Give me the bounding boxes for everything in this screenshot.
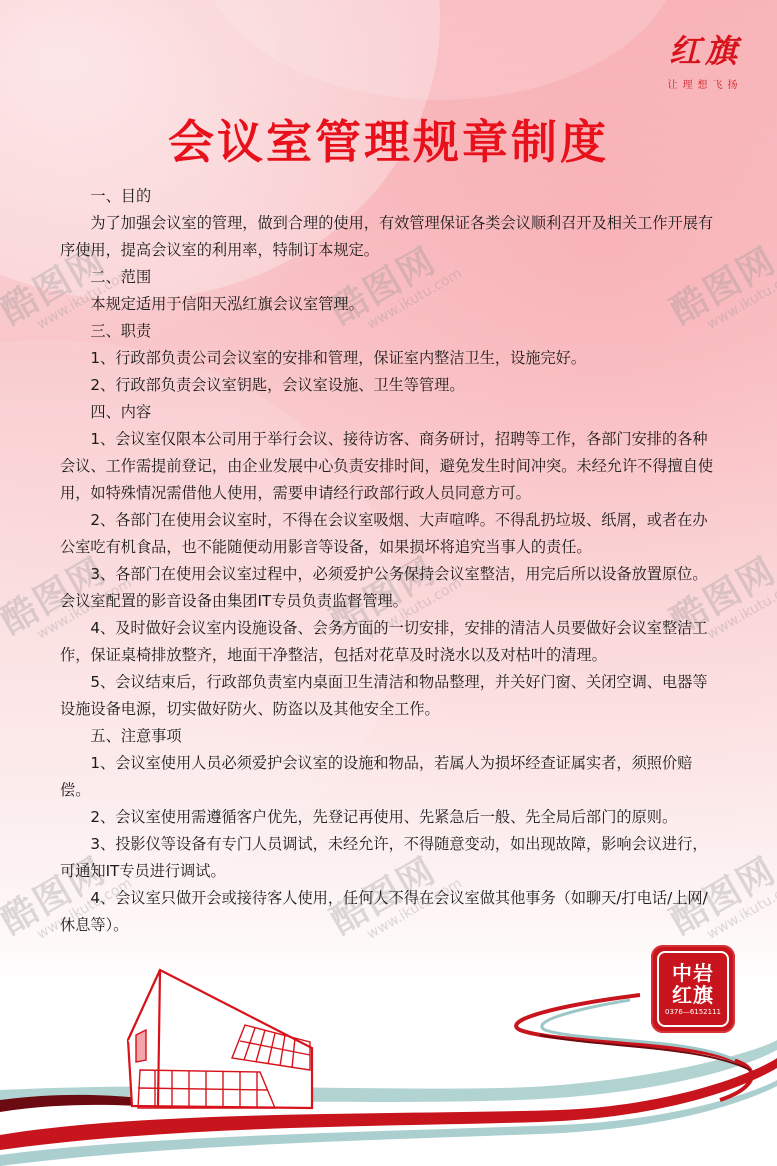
paragraph: 本规定适用于信阳天泓红旗会议室管理。 — [60, 291, 722, 318]
page-title: 会议室管理规章制度 — [0, 112, 777, 172]
paragraph: 为了加强会议室的管理，做到合理的使用，有效管理保证各类会议顺利召开及相关工作开展… — [60, 210, 722, 264]
paragraph: 5、会议结束后，行政部负责室内桌面卫生清洁和物品整理，并关好门窗、关闭空调、电器… — [60, 669, 722, 723]
paragraph: 2、行政部负责会议室钥匙，会议室设施、卫生等管理。 — [60, 372, 722, 399]
regulation-body: 一、目的 为了加强会议室的管理，做到合理的使用，有效管理保证各类会议顺利召开及相… — [60, 183, 722, 939]
stamp-line1: 中岩 — [672, 962, 714, 984]
paragraph: 1、行政部负责公司会议室的安排和管理，保证室内整洁卫生，设施完好。 — [60, 345, 722, 372]
paragraph: 3、投影仪等设备有专门人员调试，未经允许，不得随意变动，如出现故障，影响会议进行… — [60, 831, 722, 885]
stamp-line2: 红旗 — [672, 984, 714, 1006]
paragraph: 4、及时做好会议室内设施设备、会务方面的一切安排，安排的清洁人员要做好会议室整洁… — [60, 615, 722, 669]
paragraph: 3、各部门在使用会议室过程中，必须爱护公务保持会议室整洁，用完后所以设备放置原位… — [60, 561, 722, 615]
brand-logo: 红旗 让理想飞扬 — [655, 32, 755, 91]
brand-slogan: 让理想飞扬 — [655, 76, 755, 91]
section-heading-purpose: 一、目的 — [60, 183, 722, 210]
brand-name: 红旗 — [655, 32, 755, 70]
paragraph: 2、会议室使用需遵循客户优先，先登记再使用、先紧急后一般、先全局后部门的原则。 — [60, 804, 722, 831]
section-heading-content: 四、内容 — [60, 399, 722, 426]
section-heading-duties: 三、职责 — [60, 318, 722, 345]
paragraph: 1、会议室使用人员必须爱护会议室的设施和物品，若属人为损坏经查证属实者，须照价赔… — [60, 750, 722, 804]
paragraph: 1、会议室仅限本公司用于举行会议、接待访客、商务研讨，招聘等工作，各部门安排的各… — [60, 426, 722, 507]
section-heading-notes: 五、注意事项 — [60, 723, 722, 750]
company-stamp: 中岩 红旗 0376—6152111 — [651, 945, 735, 1033]
section-heading-scope: 二、范围 — [60, 264, 722, 291]
stamp-phone: 0376—6152111 — [665, 1008, 721, 1016]
paragraph: 2、各部门在使用会议室时，不得在会议室吸烟、大声喧哗。不得乱扔垃圾、纸屑，或者在… — [60, 507, 722, 561]
